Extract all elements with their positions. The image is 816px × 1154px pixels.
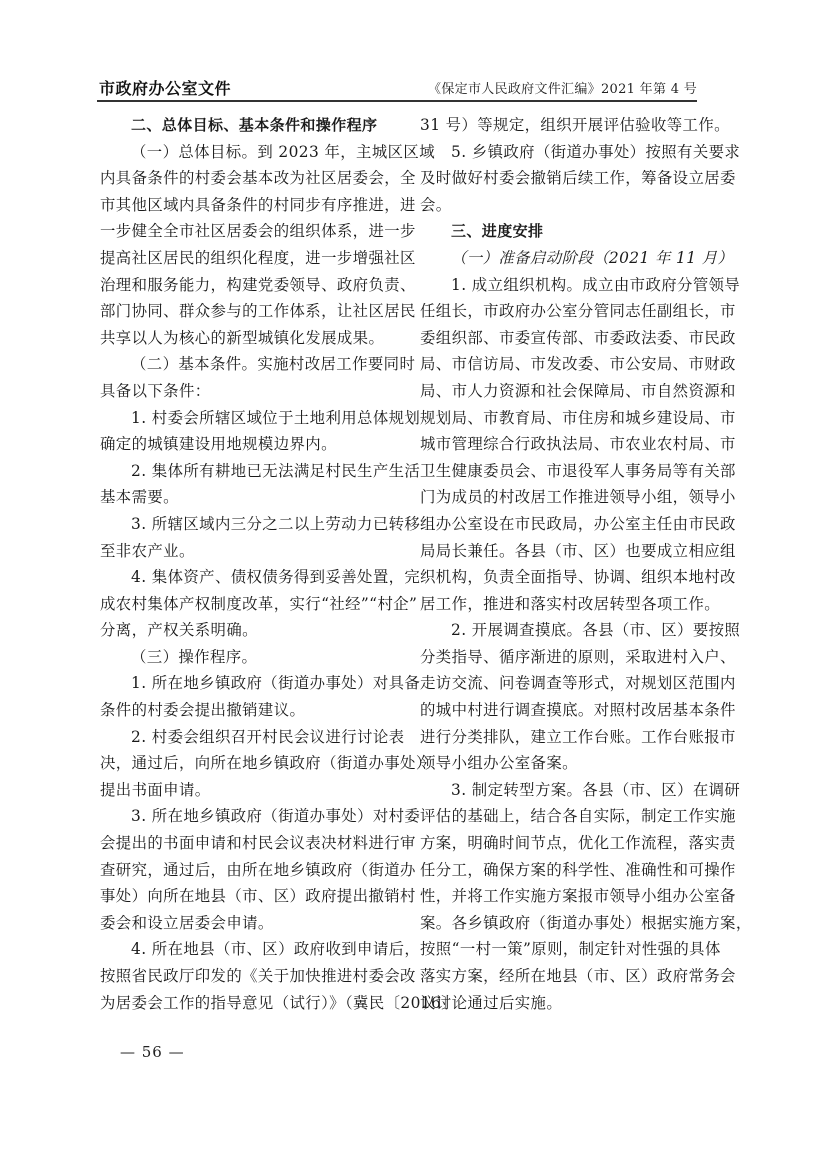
text-line: 成农村集体产权制度改革，实行“社经”“村企” — [100, 591, 396, 618]
text-line: 局、市信访局、市发改委、市公安局、市财政 — [420, 351, 716, 378]
text-line: 方案，明确时间节点，优化工作流程，落实责 — [420, 830, 716, 857]
text-line: 基本需要。 — [100, 484, 396, 511]
text-line: 决，通过后，向所在地乡镇政府（街道办事处） — [100, 750, 396, 777]
text-line: 性，并将工作实施方案报市领导小组办公室备 — [420, 883, 716, 910]
text-line: 卫生健康委员会、市退役军人事务局等有关部 — [420, 458, 716, 485]
text-line: 门为成员的村改居工作推进领导小组，领导小 — [420, 484, 716, 511]
text-line: 评估的基础上，结合各自实际，制定工作实施 — [420, 803, 716, 830]
text-line: 至非农产业。 — [100, 538, 396, 565]
text-line: 共享以人为核心的新型城镇化发展成果。 — [100, 325, 396, 352]
text-line: 会提出的书面申请和村民会议表决材料进行审 — [100, 830, 396, 857]
text-line: 委组织部、市委宣传部、市委政法委、市民政 — [420, 325, 716, 352]
text-line: 落实方案，经所在地县（市、区）政府常务会 — [420, 963, 716, 990]
text-line: 及时做好村委会撤销后续工作，筹备设立居委 — [420, 165, 716, 192]
text-line: 4. 集体资产、债权债务得到妥善处置，完 — [100, 564, 396, 591]
text-line: 内具备条件的村委会基本改为社区居委会，全 — [100, 165, 396, 192]
section-heading: 二、总体目标、基本条件和操作程序 — [100, 112, 396, 139]
text-line: 议讨论通过后实施。 — [420, 990, 716, 1017]
text-line: （二）基本条件。实施村改居工作要同时 — [100, 351, 396, 378]
text-line: 具备以下条件： — [100, 378, 396, 405]
text-line: 会。 — [420, 192, 716, 219]
text-line: 分类指导、循序渐进的原则，采取进村入户、 — [420, 644, 716, 671]
text-line: 局局长兼任。各县（市、区）也要成立相应组 — [420, 538, 716, 565]
text-line: 2. 集体所有耕地已无法满足村民生产生活 — [100, 458, 396, 485]
text-line: 治理和服务能力，构建党委领导、政府负责、 — [100, 272, 396, 299]
text-line: 1. 成立组织机构。成立由市政府分管领导 — [420, 272, 716, 299]
text-line: 居工作，推进和落实村改居转型各项工作。 — [420, 591, 716, 618]
header-publication: 《保定市人民政府文件汇编》2021 年第 4 号 — [428, 78, 697, 97]
text-line: 的城中村进行调查摸底。对照村改居基本条件 — [420, 697, 716, 724]
text-line: 市其他区域内具备条件的村同步有序推进，进 — [100, 192, 396, 219]
text-line: 任分工，确保方案的科学性、准确性和可操作 — [420, 857, 716, 884]
left-column: 二、总体目标、基本条件和操作程序（一）总体目标。到 2023 年，主城区区域内具… — [100, 112, 396, 1016]
text-line: 委会和设立居委会申请。 — [100, 910, 396, 937]
text-line: 组办公室设在市民政局，办公室主任由市民政 — [420, 511, 716, 538]
text-line: 部门协同、群众参与的工作体系，让社区居民 — [100, 298, 396, 325]
right-column: 31 号）等规定，组织开展评估验收等工作。5. 乡镇政府（街道办事处）按照有关要… — [420, 112, 716, 1016]
header-issuer: 市政府办公室文件 — [99, 76, 231, 99]
text-line: 3. 制定转型方案。各县（市、区）在调研 — [420, 777, 716, 804]
text-line: （一）总体目标。到 2023 年，主城区区域 — [100, 139, 396, 166]
text-line: 织机构，负责全面指导、协调、组织本地村改 — [420, 564, 716, 591]
page-header: 市政府办公室文件 《保定市人民政府文件汇编》2021 年第 4 号 — [97, 76, 697, 98]
text-line: 为居委会工作的指导意见（试行）》（冀民〔2016〕 — [100, 990, 396, 1017]
text-line: 走访交流、问卷调查等形式，对规划区范围内 — [420, 670, 716, 697]
text-line: 进行分类排队，建立工作台账。工作台账报市 — [420, 724, 716, 751]
text-line: 按照省民政厅印发的《关于加快推进村委会改 — [100, 963, 396, 990]
text-line: （三）操作程序。 — [100, 644, 396, 671]
text-line: 31 号）等规定，组织开展评估验收等工作。 — [420, 112, 716, 139]
text-line: 任组长，市政府办公室分管同志任副组长，市 — [420, 298, 716, 325]
header-divider — [97, 100, 697, 102]
text-line: 事处）向所在地县（市、区）政府提出撤销村 — [100, 883, 396, 910]
text-line: 城市管理综合行政执法局、市农业农村局、市 — [420, 431, 716, 458]
text-line: 领导小组办公室备案。 — [420, 750, 716, 777]
text-line: 局、市人力资源和社会保障局、市自然资源和 — [420, 378, 716, 405]
text-line: 一步健全全市社区居委会的组织体系，进一步 — [100, 218, 396, 245]
subsection-heading: （一）准备启动阶段（2021 年 11 月） — [420, 245, 716, 272]
text-line: 2. 村委会组织召开村民会议进行讨论表 — [100, 724, 396, 751]
text-line: 条件的村委会提出撤销建议。 — [100, 697, 396, 724]
text-line: 规划局、市教育局、市住房和城乡建设局、市 — [420, 405, 716, 432]
text-line: 1. 所在地乡镇政府（街道办事处）对具备 — [100, 670, 396, 697]
text-line: 5. 乡镇政府（街道办事处）按照有关要求 — [420, 139, 716, 166]
text-line: 4. 所在地县（市、区）政府收到申请后， — [100, 936, 396, 963]
text-line: 1. 村委会所辖区域位于土地利用总体规划 — [100, 405, 396, 432]
text-line: 按照“一村一策”原则，制定针对性强的具体 — [420, 936, 716, 963]
text-line: 提出书面申请。 — [100, 777, 396, 804]
text-line: 确定的城镇建设用地规模边界内。 — [100, 431, 396, 458]
text-line: 3. 所在地乡镇政府（街道办事处）对村委 — [100, 803, 396, 830]
section-heading: 三、进度安排 — [420, 218, 716, 245]
text-line: 分离，产权关系明确。 — [100, 617, 396, 644]
text-line: 查研究，通过后，由所在地乡镇政府（街道办 — [100, 857, 396, 884]
text-line: 3. 所辖区域内三分之二以上劳动力已转移 — [100, 511, 396, 538]
page-number: — 56 — — [120, 1043, 185, 1061]
text-line: 2. 开展调查摸底。各县（市、区）要按照 — [420, 617, 716, 644]
text-line: 案。各乡镇政府（街道办事处）根据实施方案， — [420, 910, 716, 937]
text-line: 提高社区居民的组织化程度，进一步增强社区 — [100, 245, 396, 272]
